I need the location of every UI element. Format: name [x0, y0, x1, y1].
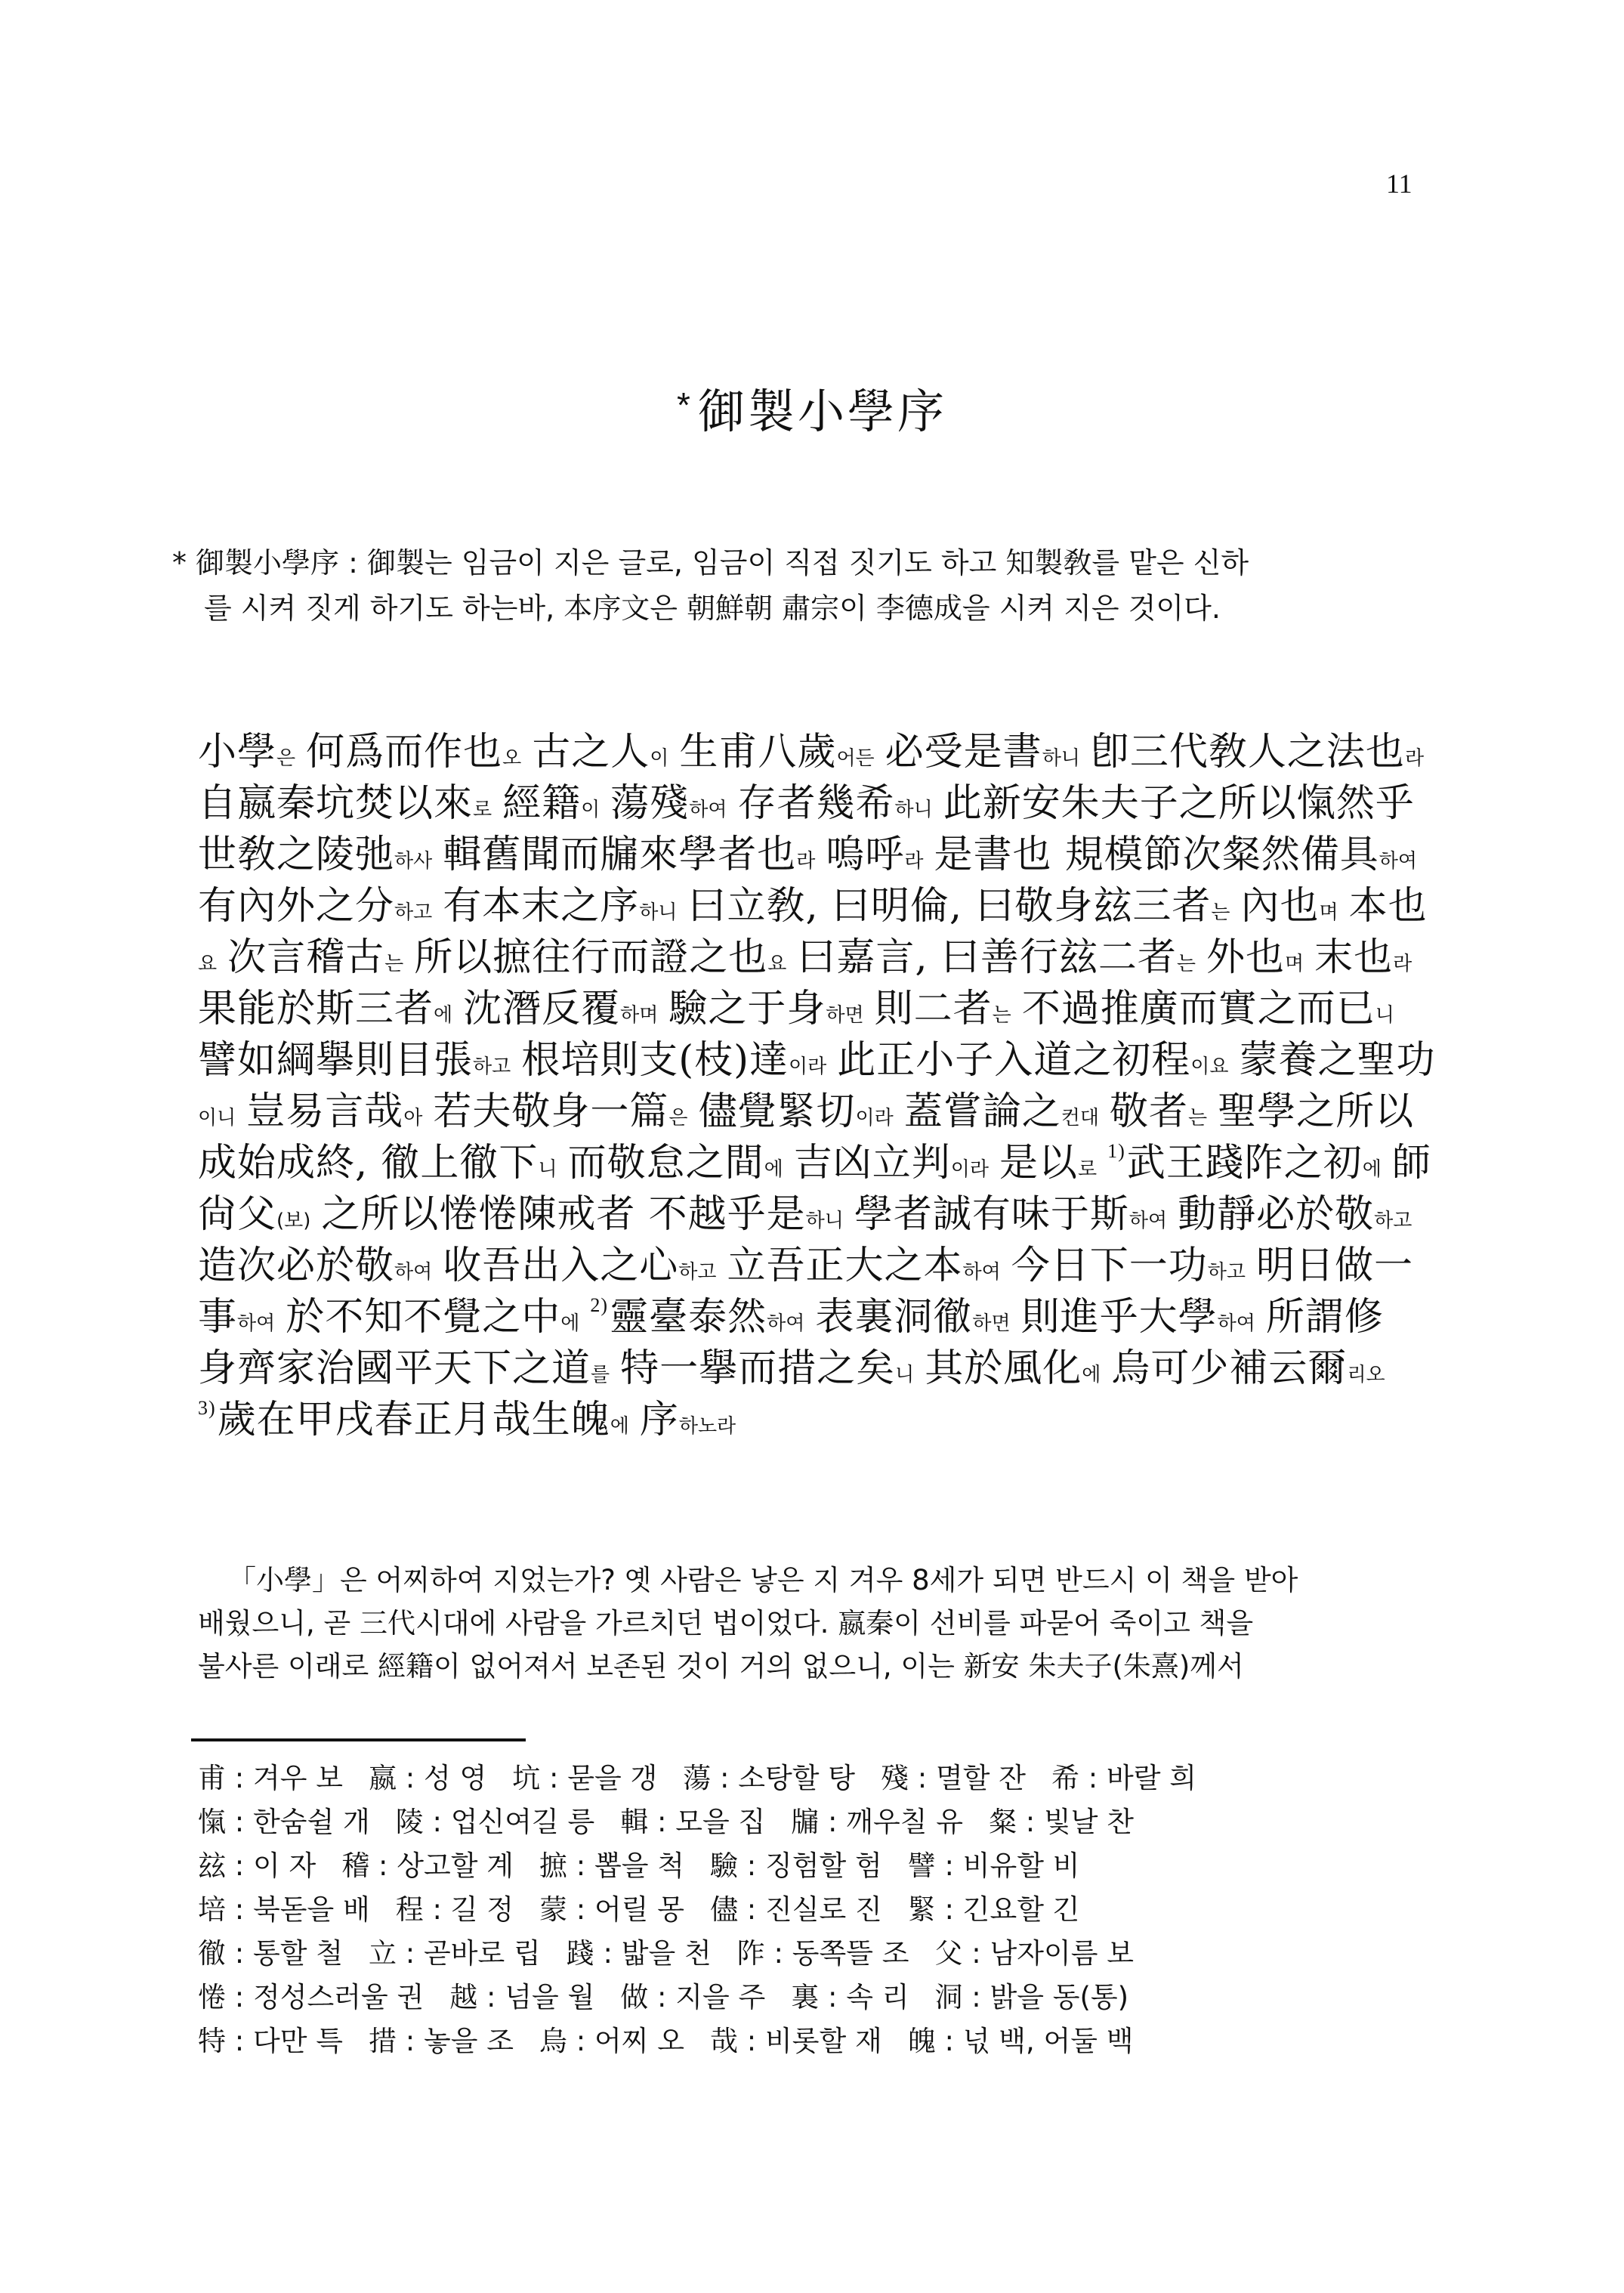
- hanja-segment: 明日做一: [1256, 1244, 1413, 1288]
- glossary-separator: :: [738, 1850, 765, 1882]
- page-title: *御製小學序: [0, 374, 1624, 441]
- hanja-segment: 立吾正大之本: [727, 1244, 963, 1288]
- hanja-segment: 經籍: [502, 781, 581, 826]
- hanja-segment: 不過推廣而實之而已: [1022, 987, 1375, 1031]
- glossary-character: 父: [934, 1937, 962, 1970]
- korean-particle: 라: [1393, 953, 1412, 975]
- glossary-entry: 陵 : 업신여길 릉: [396, 1800, 594, 1844]
- glossary-entry: 牖 : 깨우칠 유: [791, 1800, 963, 1844]
- hanja-segment: 嗚呼: [826, 833, 904, 877]
- glossary-entry: 嬴 : 성 영: [369, 1757, 486, 1800]
- korean-particle: 에: [434, 1004, 452, 1027]
- korean-particle: 라: [904, 850, 923, 873]
- glossary-entry: 摭 : 뽑을 척: [539, 1844, 684, 1888]
- glossary-meaning: 길 정: [451, 1893, 514, 1926]
- hanja-segment: 收吾出入之心: [443, 1244, 678, 1288]
- korean-particle: 에: [610, 1415, 629, 1438]
- korean-particle: 하며: [620, 1004, 658, 1027]
- hanja-segment: 所以摭往行而證之也: [414, 935, 767, 980]
- korean-particle: 며: [1320, 901, 1338, 924]
- text-line: 尙父(보)之所以惓惓陳戒者 不越乎是하니學者誠有味于斯하여動靜必於敬하고: [198, 1189, 1482, 1241]
- glossary-meaning: 어릴 몽: [594, 1893, 684, 1926]
- korean-particle: 하여: [767, 1312, 804, 1335]
- glossary-meaning: 밟을 천: [622, 1937, 712, 1970]
- glossary-meaning: 놓을 조: [424, 2025, 514, 2057]
- hanja-segment: 蒙養之聖功: [1240, 1038, 1436, 1083]
- text-line: 果能於斯三者에沈潛反覆하며驗之于身하면則二者는不過推廣而實之而已니: [198, 984, 1482, 1035]
- glossary-character: 裏: [791, 1981, 819, 2013]
- glossary-meaning: 동쪽뜰 조: [792, 1937, 909, 1970]
- glossary-character: 踐: [567, 1937, 594, 1970]
- hanja-segment: 烏可少補云爾: [1111, 1346, 1347, 1391]
- footnote-reference: 3): [198, 1397, 216, 1419]
- glossary-meaning: 징험할 험: [765, 1850, 882, 1882]
- glossary-entry: 越 : 넘을 월: [449, 1976, 594, 2020]
- hanja-segment: 則進乎大學: [1021, 1295, 1218, 1340]
- glossary-meaning: 성 영: [424, 1762, 486, 1794]
- korean-particle: 하고: [473, 1055, 511, 1078]
- glossary-entry: 玆 : 이 자: [198, 1844, 316, 1888]
- glossary-meaning: 비롯할 재: [765, 2025, 882, 2057]
- glossary-entry: 惓 : 정성스러울 권: [198, 1976, 424, 2020]
- glossary-entry: 裏 : 속 리: [791, 1976, 909, 2020]
- glossary-entry: 阼 : 동쪽뜰 조: [737, 1932, 909, 1976]
- hanja-segment: 輯舊聞而牖來學者也: [443, 833, 796, 877]
- glossary-entry: 徹 : 통할 철: [198, 1932, 343, 1976]
- glossary-separator: :: [567, 2025, 594, 2057]
- korean-particle: 하면: [972, 1312, 1010, 1335]
- glossary-meaning: 업신여길 릉: [451, 1806, 594, 1838]
- glossary-separator: :: [424, 1893, 451, 1926]
- hanja-segment: 今日下一功: [1011, 1244, 1208, 1288]
- title-asterisk-marker: *: [677, 385, 693, 425]
- footnote-rule: [191, 1738, 526, 1741]
- glossary-meaning: 뽑을 척: [594, 1850, 684, 1882]
- glossary-character: 措: [369, 2025, 397, 2057]
- text-line: 요次言稽古는所以摭往行而證之也요曰嘉言, 曰善行玆二者는外也며末也라: [198, 932, 1482, 984]
- hanja-segment: 若夫敬身一篇: [433, 1089, 668, 1134]
- hanja-segment: 曰立敎, 曰明倫, 曰敬身玆三者: [688, 884, 1212, 929]
- glossary-meaning: 진실로 진: [765, 1893, 882, 1926]
- glossary-separator: :: [594, 1937, 622, 1970]
- glossary-separator: :: [567, 1850, 594, 1882]
- glossary-entry: 立 : 곧바로 립: [369, 1932, 541, 1976]
- korean-particle: 에: [1082, 1364, 1101, 1386]
- glossary-separator: :: [397, 2025, 424, 2057]
- hanja-segment: 豈易言哉: [246, 1089, 403, 1134]
- glossary-character: 陵: [396, 1806, 424, 1838]
- glossary-meaning: 이 자: [253, 1850, 316, 1882]
- vocabulary-glossary: 甫 : 겨우 보嬴 : 성 영坑 : 묻을 갱蕩 : 소탕할 탕殘 : 멸할 잔…: [198, 1757, 1482, 2063]
- hanja-segment: 有內外之分: [198, 884, 394, 929]
- glossary-separator: :: [424, 1806, 451, 1838]
- korean-particle: 요: [767, 953, 786, 975]
- glossary-character: 摭: [539, 1850, 567, 1882]
- korean-particle: (보): [276, 1210, 310, 1232]
- text-line: 世敎之陵弛하사輯舊聞而牖來學者也라嗚呼라是書也 規模節次粲然備具하여: [198, 830, 1482, 881]
- glossary-separator: :: [226, 2025, 253, 2057]
- text-line: 事하여於不知不覺之中에2)靈臺泰然하여表裏洞徹하면則進乎大學하여所謂修: [198, 1292, 1482, 1343]
- translation-line: 불사른 이래로 經籍이 없어져서 보존된 것이 거의 없으니, 이는 新安 朱夫…: [198, 1645, 1482, 1688]
- glossary-entry: 輯 : 모을 집: [620, 1800, 765, 1844]
- hanja-segment: 武王踐阼之初: [1127, 1141, 1363, 1185]
- glossary-meaning: 넋 백, 어둘 백: [963, 2025, 1134, 2057]
- glossary-separator: :: [648, 1981, 675, 2013]
- korean-particle: 은: [276, 747, 295, 770]
- korean-particle: 이: [650, 747, 668, 770]
- glossary-separator: :: [226, 1893, 253, 1926]
- glossary-entry: 緊 : 긴요할 긴: [908, 1888, 1080, 1932]
- hanja-segment: 於不知不覺之中: [286, 1295, 560, 1340]
- text-line: 成始成終, 徹上徹下니而敬怠之間에吉凶立判이라是以로1)武王踐阼之初에師: [198, 1138, 1482, 1189]
- korean-particle: 하고: [1208, 1261, 1246, 1284]
- glossary-meaning: 빛날 찬: [1044, 1806, 1134, 1838]
- glossary-meaning: 깨우칠 유: [846, 1806, 963, 1838]
- glossary-character: 輯: [620, 1806, 648, 1838]
- glossary-separator: :: [909, 1762, 936, 1794]
- hanja-segment: 蓋嘗論之: [904, 1089, 1061, 1134]
- glossary-character: 蕩: [683, 1762, 711, 1794]
- text-line: 身齊家治國平天下之道를特一擧而措之矣니其於風化에烏可少補云爾리오: [198, 1343, 1482, 1395]
- glossary-entry: 甫 : 겨우 보: [198, 1757, 343, 1800]
- glossary-separator: :: [936, 2025, 963, 2057]
- hanja-segment: 曰嘉言, 曰善行玆二者: [797, 935, 1176, 980]
- glossary-entry: 哉 : 비롯할 재: [710, 2020, 882, 2063]
- hanja-segment: 小學: [198, 730, 276, 774]
- glossary-entry: 洞 : 밝을 동(통): [934, 1976, 1128, 2020]
- korean-particle: 는: [1177, 953, 1196, 975]
- glossary-meaning: 곧바로 립: [424, 1937, 541, 1970]
- hanja-segment: 聖學之所以: [1218, 1089, 1414, 1134]
- korean-particle: 며: [1285, 953, 1304, 975]
- korean-particle: 이: [581, 799, 600, 821]
- hanja-segment: 世敎之陵弛: [198, 833, 394, 877]
- page-number: 11: [1386, 168, 1413, 199]
- korean-particle: 하고: [678, 1261, 716, 1284]
- footnote-reference: 1): [1107, 1140, 1125, 1162]
- hanja-segment: 是以: [999, 1141, 1078, 1185]
- glossary-separator: :: [567, 1893, 594, 1926]
- glossary-row: 徹 : 통할 철立 : 곧바로 립踐 : 밟을 천阼 : 동쪽뜰 조父 : 남자…: [198, 1932, 1482, 1976]
- korean-particle: 라: [1405, 747, 1424, 770]
- glossary-row: 特 : 다만 특措 : 놓을 조烏 : 어찌 오哉 : 비롯할 재魄 : 넋 백…: [198, 2020, 1482, 2063]
- glossary-separator: :: [1017, 1806, 1044, 1838]
- hanja-segment: 身齊家治國平天下之道: [198, 1346, 591, 1391]
- hanja-segment: 譬如綱擧則目張: [198, 1038, 473, 1083]
- korean-particle: 는: [993, 1004, 1011, 1027]
- hanja-segment: 師: [1392, 1141, 1431, 1185]
- glossary-separator: :: [226, 1762, 253, 1794]
- hanja-segment: 此正小子入道之初程: [837, 1038, 1190, 1083]
- glossary-character: 洞: [934, 1981, 962, 2013]
- hanja-segment: 其於風化: [925, 1346, 1082, 1391]
- korean-particle: 를: [591, 1364, 610, 1386]
- hanja-segment: 尙父: [198, 1192, 276, 1237]
- hanja-segment: 果能於斯三者: [198, 987, 434, 1031]
- hanja-segment: 卽三代敎人之法也: [1091, 730, 1405, 774]
- translation-line: 「小學」은 어찌하여 지었는가? 옛 사람은 낳은 지 겨우 8세가 되면 반드…: [198, 1559, 1482, 1602]
- glossary-character: 儘: [710, 1893, 738, 1926]
- glossary-character: 譬: [908, 1850, 936, 1882]
- glossary-meaning: 통할 철: [253, 1937, 343, 1970]
- glossary-separator: :: [226, 1806, 253, 1838]
- glossary-character: 蒙: [539, 1893, 567, 1926]
- hanja-segment: 事: [198, 1295, 237, 1340]
- glossary-entry: 父 : 남자이름 보: [934, 1932, 1133, 1976]
- hanja-segment: 存者幾希: [738, 781, 895, 826]
- korean-particle: 은: [668, 1107, 687, 1130]
- glossary-character: 殘: [881, 1762, 909, 1794]
- hanja-segment: 所謂修: [1266, 1295, 1384, 1340]
- korean-translation: 「小學」은 어찌하여 지었는가? 옛 사람은 낳은 지 겨우 8세가 되면 반드…: [198, 1559, 1482, 1688]
- korean-particle: 니: [538, 1158, 557, 1181]
- glossary-entry: 程 : 길 정: [396, 1888, 514, 1932]
- note-asterisk-marker: *: [172, 546, 187, 579]
- translation-line: 배웠으니, 곧 三代시대에 사람을 가르치던 법이었다. 嬴秦이 선비를 파묻어…: [198, 1602, 1482, 1645]
- glossary-character: 做: [620, 1981, 648, 2013]
- glossary-character: 驗: [710, 1850, 738, 1882]
- glossary-character: 嬴: [369, 1762, 397, 1794]
- hanja-segment: 之所以惓惓陳戒者 不越乎是: [321, 1192, 805, 1237]
- glossary-entry: 培 : 북돋을 배: [198, 1888, 370, 1932]
- glossary-entry: 譬 : 비유할 비: [908, 1844, 1080, 1888]
- glossary-meaning: 북돋을 배: [253, 1893, 370, 1926]
- glossary-entry: 踐 : 밟을 천: [567, 1932, 712, 1976]
- korean-particle: 에: [1363, 1158, 1382, 1181]
- footnote-reference: 2): [590, 1294, 608, 1316]
- glossary-character: 越: [449, 1981, 477, 2013]
- glossary-character: 烏: [539, 2025, 567, 2057]
- glossary-separator: :: [1079, 1762, 1107, 1794]
- glossary-character: 愾: [198, 1806, 226, 1838]
- hanja-segment: 成始成終, 徹上徹下: [198, 1141, 538, 1185]
- glossary-separator: :: [819, 1806, 846, 1838]
- glossary-meaning: 정성스러울 권: [253, 1981, 424, 2013]
- korean-particle: 이라: [789, 1055, 826, 1078]
- title-text: 御製小學序: [698, 384, 947, 439]
- glossary-character: 徹: [198, 1937, 226, 1970]
- hanja-segment: 必受是書: [885, 730, 1042, 774]
- glossary-meaning: 속 리: [846, 1981, 909, 2013]
- glossary-row: 愾 : 한숨쉴 개陵 : 업신여길 릉輯 : 모을 집牖 : 깨우칠 유粲 : …: [198, 1800, 1482, 1844]
- glossary-separator: :: [819, 1981, 846, 2013]
- glossary-entry: 措 : 놓을 조: [369, 2020, 514, 2063]
- hanja-segment: 而敬怠之間: [568, 1141, 764, 1185]
- glossary-character: 坑: [512, 1762, 540, 1794]
- hanja-segment: 學者誠有味于斯: [854, 1192, 1129, 1237]
- glossary-separator: :: [711, 1762, 738, 1794]
- korean-particle: 하사: [394, 850, 432, 873]
- korean-particle: 어든: [836, 747, 874, 770]
- korean-particle: 하고: [394, 901, 432, 924]
- glossary-meaning: 남자이름 보: [990, 1937, 1133, 1970]
- glossary-character: 粲: [989, 1806, 1017, 1838]
- glossary-meaning: 지을 주: [675, 1981, 765, 2013]
- glossary-separator: :: [477, 1981, 505, 2013]
- glossary-meaning: 비유할 비: [963, 1850, 1080, 1882]
- text-line: 造次必於敬하여收吾出入之心하고立吾正大之本하여今日下一功하고明日做一: [198, 1241, 1482, 1292]
- hanja-segment: 有本末之序: [443, 884, 639, 929]
- glossary-entry: 殘 : 멸할 잔: [881, 1757, 1026, 1800]
- glossary-row: 玆 : 이 자稽 : 상고할 계摭 : 뽑을 척驗 : 징험할 험譬 : 비유할…: [198, 1844, 1482, 1888]
- hanja-segment: 敬者: [1110, 1089, 1188, 1134]
- korean-particle: 는: [1211, 901, 1230, 924]
- glossary-meaning: 겨우 보: [253, 1762, 343, 1794]
- glossary-separator: :: [397, 1762, 424, 1794]
- glossary-separator: :: [962, 1937, 990, 1970]
- korean-particle: 하여: [1379, 850, 1417, 873]
- korean-particle: 오: [502, 747, 521, 770]
- glossary-separator: :: [936, 1893, 963, 1926]
- korean-particle: 하니: [806, 1210, 844, 1232]
- korean-particle: 니: [895, 1364, 914, 1386]
- hanja-segment: 靈臺泰然: [610, 1295, 767, 1340]
- hanja-segment: 造次必於敬: [198, 1244, 394, 1288]
- korean-particle: 하고: [1374, 1210, 1412, 1232]
- glossary-meaning: 긴요할 긴: [963, 1893, 1080, 1926]
- glossary-character: 稽: [341, 1850, 369, 1882]
- hanja-segment: 此新安朱夫子之所以愾然乎: [943, 781, 1415, 826]
- glossary-entry: 坑 : 묻을 갱: [512, 1757, 657, 1800]
- text-line: 이니豈易言哉아若夫敬身一篇은儘覺緊切이라蓋嘗論之컨대敬者는聖學之所以: [198, 1086, 1482, 1138]
- hanja-segment: 動靜必於敬: [1178, 1192, 1374, 1237]
- hanja-segment: 吉凶立判: [794, 1141, 951, 1185]
- korean-particle: 하노라: [679, 1415, 736, 1438]
- glossary-character: 玆: [198, 1850, 226, 1882]
- hanja-segment: 末也: [1314, 935, 1393, 980]
- glossary-character: 惓: [198, 1981, 226, 2013]
- korean-particle: 는: [384, 953, 403, 975]
- korean-particle: 는: [1188, 1107, 1207, 1130]
- glossary-entry: 特 : 다만 특: [198, 2020, 343, 2063]
- glossary-character: 牖: [791, 1806, 819, 1838]
- glossary-character: 魄: [908, 2025, 936, 2057]
- korean-particle: 이라: [951, 1158, 989, 1181]
- text-line: 小學은何爲而作也오古之人이生甫八歲어든必受是書하니卽三代敎人之法也라: [198, 727, 1482, 778]
- hanja-segment: 則二者: [875, 987, 993, 1031]
- hanja-segment: 歲在甲戌春正月哉生魄: [218, 1398, 610, 1442]
- glossary-character: 阼: [737, 1937, 765, 1970]
- hanja-segment: 生甫八歲: [679, 730, 836, 774]
- glossary-meaning: 다만 특: [253, 2025, 343, 2057]
- glossary-entry: 蕩 : 소탕할 탕: [683, 1757, 855, 1800]
- hanja-segment: 驗之于身: [668, 987, 826, 1031]
- text-line: 譬如綱擧則目張하고根培則支(枝)達이라此正小子入道之初程이요蒙養之聖功: [198, 1035, 1482, 1086]
- glossary-meaning: 모을 집: [675, 1806, 765, 1838]
- text-line: 3)歲在甲戌春正月哉生魄에序하노라: [198, 1395, 1482, 1446]
- glossary-separator: :: [936, 1850, 963, 1882]
- korean-particle: 아: [403, 1107, 422, 1130]
- glossary-character: 立: [369, 1937, 397, 1970]
- hanja-segment: 外也: [1206, 935, 1285, 980]
- hanja-segment: 次言稽古: [227, 935, 384, 980]
- glossary-character: 程: [396, 1893, 424, 1926]
- glossary-meaning: 밝을 동(통): [990, 1981, 1128, 2013]
- hanja-segment: 儘覺緊切: [699, 1089, 856, 1134]
- korean-particle: 라: [796, 850, 815, 873]
- korean-particle: 에: [764, 1158, 783, 1181]
- glossary-separator: :: [962, 1981, 990, 2013]
- korean-particle: 하여: [963, 1261, 1001, 1284]
- korean-particle: 컨대: [1061, 1107, 1099, 1130]
- glossary-separator: :: [226, 1850, 253, 1882]
- glossary-character: 哉: [710, 2025, 738, 2057]
- korean-particle: 로: [1078, 1158, 1097, 1181]
- title-note: *御製小學序 : 御製는 임금이 지은 글로, 임금이 직접 짓기도 하고 知製…: [172, 540, 1471, 631]
- korean-particle: 하니: [895, 799, 933, 821]
- glossary-character: 特: [198, 2025, 226, 2057]
- glossary-separator: :: [540, 1762, 567, 1794]
- hanja-segment: 蕩殘: [610, 781, 689, 826]
- korean-particle: 하여: [394, 1261, 432, 1284]
- korean-particle: 하여: [237, 1312, 275, 1335]
- hanja-segment: 本也: [1349, 884, 1428, 929]
- korean-particle: 하여: [689, 799, 727, 821]
- glossary-separator: :: [738, 1893, 765, 1926]
- glossary-entry: 稽 : 상고할 계: [341, 1844, 514, 1888]
- glossary-meaning: 멸할 잔: [936, 1762, 1026, 1794]
- hanja-segment: 內也: [1240, 884, 1319, 929]
- korean-particle: 하면: [826, 1004, 863, 1027]
- korean-particle: 하니: [1042, 747, 1080, 770]
- glossary-meaning: 바랄 희: [1107, 1762, 1196, 1794]
- glossary-character: 培: [198, 1893, 226, 1926]
- glossary-row: 甫 : 겨우 보嬴 : 성 영坑 : 묻을 갱蕩 : 소탕할 탕殘 : 멸할 잔…: [198, 1757, 1482, 1800]
- glossary-entry: 驗 : 징험할 험: [710, 1844, 882, 1888]
- glossary-entry: 愾 : 한숨쉴 개: [198, 1800, 370, 1844]
- note-line: *御製小學序 : 御製는 임금이 지은 글로, 임금이 직접 짓기도 하고 知製…: [172, 540, 1471, 586]
- glossary-entry: 粲 : 빛날 찬: [989, 1800, 1134, 1844]
- note-line: 를 시켜 짓게 하기도 하는바, 本序文은 朝鮮朝 肅宗이 李德成을 시켜 지은…: [172, 586, 1471, 631]
- text-line: 有內外之分하고有本末之序하니曰立敎, 曰明倫, 曰敬身玆三者는內也며本也: [198, 881, 1482, 932]
- korean-particle: 하니: [639, 901, 677, 924]
- glossary-meaning: 한숨쉴 개: [253, 1806, 370, 1838]
- text-line: 自嬴秦坑焚以來로經籍이蕩殘하여存者幾希하니此新安朱夫子之所以愾然乎: [198, 778, 1482, 830]
- hanja-segment: 自嬴秦坑焚以來: [198, 781, 473, 826]
- glossary-character: 甫: [198, 1762, 226, 1794]
- korean-particle: 요: [198, 953, 217, 975]
- glossary-entry: 希 : 바랄 희: [1051, 1757, 1196, 1800]
- glossary-entry: 魄 : 넋 백, 어둘 백: [908, 2020, 1134, 2063]
- hanja-segment: 古之人: [532, 730, 650, 774]
- glossary-separator: :: [397, 1937, 424, 1970]
- korean-particle: 이라: [856, 1107, 894, 1130]
- hanja-segment: 特一擧而措之矣: [620, 1346, 895, 1391]
- glossary-meaning: 상고할 계: [397, 1850, 514, 1882]
- korean-particle: 로: [473, 799, 492, 821]
- glossary-separator: :: [226, 1981, 253, 2013]
- glossary-character: 希: [1051, 1762, 1079, 1794]
- hanja-segment: 序: [640, 1398, 679, 1442]
- glossary-meaning: 소탕할 탕: [738, 1762, 855, 1794]
- korean-particle: 니: [1375, 1004, 1394, 1027]
- glossary-separator: :: [738, 2025, 765, 2057]
- korean-particle: 이요: [1190, 1055, 1228, 1078]
- glossary-entry: 烏 : 어찌 오: [539, 2020, 684, 2063]
- korean-particle: 하여: [1129, 1210, 1167, 1232]
- glossary-entry: 蒙 : 어릴 몽: [539, 1888, 684, 1932]
- hanja-segment: 是書也 規模節次粲然備具: [934, 833, 1379, 877]
- korean-particle: 리오: [1347, 1364, 1385, 1386]
- glossary-separator: :: [226, 1937, 253, 1970]
- hanja-segment: 何爲而作也: [306, 730, 502, 774]
- glossary-separator: :: [765, 1937, 792, 1970]
- glossary-entry: 做 : 지을 주: [620, 1976, 765, 2020]
- glossary-meaning: 넘을 월: [505, 1981, 594, 2013]
- glossary-entry: 儘 : 진실로 진: [710, 1888, 882, 1932]
- korean-particle: 에: [560, 1312, 579, 1335]
- hanja-segment: 表裏洞徹: [815, 1295, 972, 1340]
